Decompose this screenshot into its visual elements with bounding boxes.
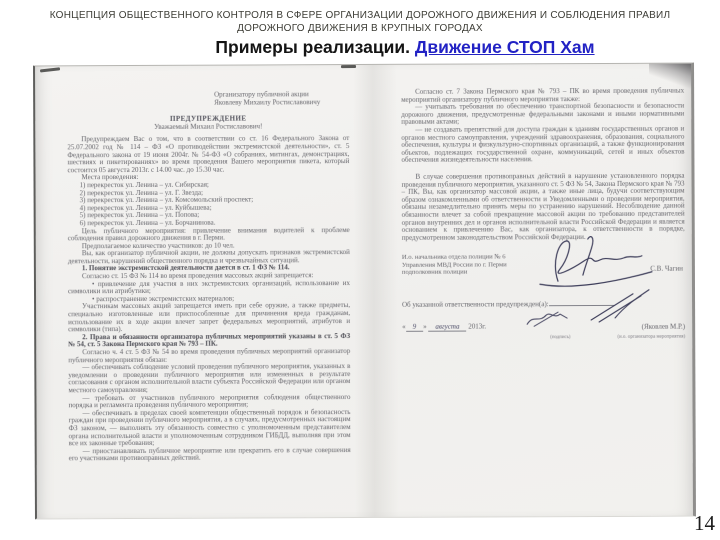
document-page-left: Организатору публичной акцииЯковлеву Мих… — [67, 91, 351, 463]
scan-edge-smudge — [40, 67, 60, 72]
doc-paragraph: — не создавать препятствий для доступа г… — [401, 126, 684, 165]
doc-paragraph: В случае совершения противоправных дейст… — [401, 173, 684, 243]
year-label: 2013г. — [468, 322, 486, 330]
doc-paragraph: Цель публичного мероприятия: привлечение… — [68, 227, 350, 243]
scanned-document-image: Организатору публичной акцииЯковлеву Мих… — [33, 63, 696, 520]
signature-captions: (подпись) (и.о. организатора мероприятия… — [402, 334, 685, 343]
quote-close: » — [423, 323, 427, 331]
scan-fold-shadow — [353, 65, 399, 517]
document-page-right: Согласно ст. 7 Закона Пермского края № 7… — [401, 88, 685, 344]
slide-subtitle: Примеры реализации. Движение СТОП Хам — [90, 37, 720, 58]
doc-paragraph: — приостанавливать публичное мероприятие… — [69, 447, 351, 463]
doc-paragraph: Уважаемый Михаил Ростиславович! — [67, 123, 349, 132]
doc-paragraph: Яковлеву Михаилу Ростиславовичу — [214, 99, 349, 107]
handwritten-month: августа — [428, 323, 466, 332]
scan-edge-smudge — [341, 65, 356, 68]
caption-role: (и.о. организатора мероприятия) — [617, 334, 685, 342]
handwritten-day: 9 — [406, 324, 424, 333]
page-number: 14 — [694, 511, 715, 536]
slide: КОНЦЕПЦИЯ ОБЩЕСТВЕННОГО КОНТРОЛЯ В СФЕРЕ… — [0, 0, 720, 540]
title-line-2: ДОРОЖНОГО ДВИЖЕНИЯ В КРУПНЫХ ГОРОДАХ — [0, 22, 720, 35]
caption-signature: (подпись) — [550, 335, 570, 343]
doc-paragraph: Участникам массовых акций запрещается им… — [68, 303, 350, 335]
ack-scribble-icon — [583, 284, 655, 324]
signature-scribble-icon — [528, 235, 658, 290]
doc-paragraph: — обеспечивать в пределах своей компетен… — [69, 409, 351, 448]
date-scribble-icon — [524, 310, 570, 328]
document-right-text: Согласно ст. 7 Закона Пермского края № 7… — [401, 88, 685, 243]
subtitle-text: Примеры реализации. — [215, 37, 410, 57]
doc-paragraph: — учитывать требования по обеспечению тр… — [401, 103, 684, 127]
subtitle-link[interactable]: Движение СТОП Хам — [415, 37, 595, 57]
ack-label: Об указанной ответственности предупрежде… — [402, 300, 549, 309]
doc-paragraph: Предупреждаем Вас о том, что в соответст… — [67, 135, 349, 174]
acknowledger-name: (Яковлев М.Р.) — [642, 323, 686, 331]
document-left-text: Организатору публичной акцииЯковлеву Мих… — [67, 91, 351, 463]
page-title: КОНЦЕПЦИЯ ОБЩЕСТВЕННОГО КОНТРОЛЯ В СФЕРЕ… — [0, 9, 720, 35]
doc-paragraph: — обеспечивать соблюдение условий провед… — [68, 363, 350, 395]
signer-name: С.В. Чагин — [650, 266, 683, 274]
acknowledgement-line: Об указанной ответственности предупрежде… — [402, 301, 685, 310]
doc-paragraph: • привлечение для участия в них экстреми… — [68, 280, 350, 296]
date-signature-line: «9» августа 2013г. (Яковлев М.Р.) — [402, 322, 685, 332]
title-line-1: КОНЦЕПЦИЯ ОБЩЕСТВЕННОГО КОНТРОЛЯ В СФЕРЕ… — [0, 9, 720, 22]
